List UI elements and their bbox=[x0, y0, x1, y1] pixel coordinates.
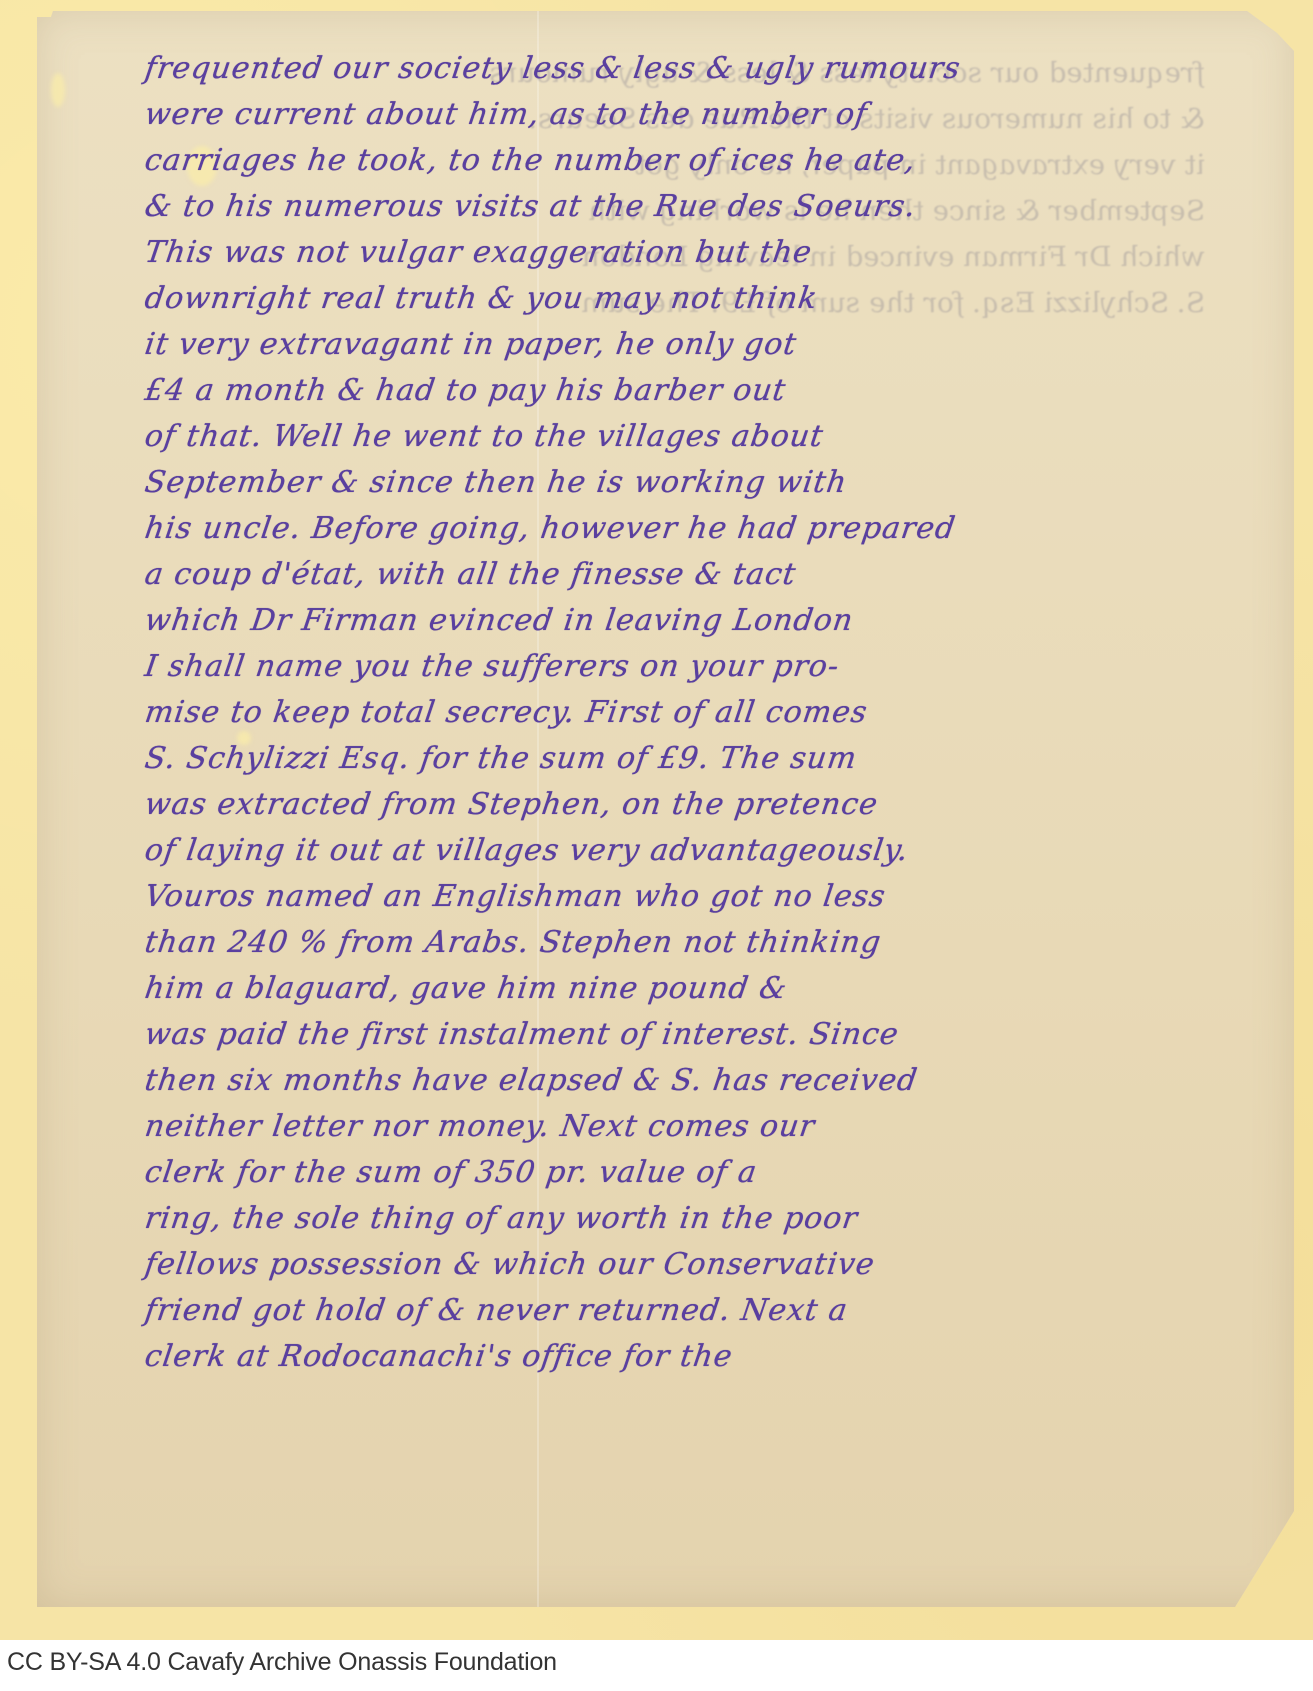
paper-stain bbox=[51, 73, 65, 107]
text-line: it very extravagant in paper, he only go… bbox=[142, 322, 1208, 368]
text-line: This was not vulgar exaggeration but the bbox=[142, 230, 1208, 276]
handwritten-text: frequented our society less & less & ugl… bbox=[145, 46, 1205, 1380]
text-line: him a blaguard, gave him nine pound & bbox=[142, 966, 1208, 1012]
text-line: neither letter nor money. Next comes our bbox=[142, 1104, 1208, 1150]
scan-background: frequented our society less & less & ugl… bbox=[0, 0, 1313, 1640]
license-credit: CC BY-SA 4.0 Cavafy Archive Onassis Foun… bbox=[7, 1648, 557, 1677]
text-line: ring, the sole thing of any worth in the… bbox=[142, 1196, 1208, 1242]
text-line: & to his numerous visits at the Rue des … bbox=[142, 184, 1208, 230]
text-line: September & since then he is working wit… bbox=[142, 460, 1208, 506]
text-line: his uncle. Before going, however he had … bbox=[142, 506, 1208, 552]
text-line: which Dr Firman evinced in leaving Londo… bbox=[142, 598, 1208, 644]
text-line: was extracted from Stephen, on the prete… bbox=[142, 782, 1208, 828]
text-line: of laying it out at villages very advant… bbox=[142, 828, 1208, 874]
text-line: of that. Well he went to the villages ab… bbox=[142, 414, 1208, 460]
text-line: £4 a month & had to pay his barber out bbox=[142, 368, 1208, 414]
text-line: Vouros named an Englishman who got no le… bbox=[142, 874, 1208, 920]
text-line: friend got hold of & never returned. Nex… bbox=[142, 1288, 1208, 1334]
text-line: a coup d'état, with all the finesse & ta… bbox=[142, 552, 1208, 598]
text-line: fellows possession & which our Conservat… bbox=[142, 1242, 1208, 1288]
text-line: I shall name you the sufferers on your p… bbox=[142, 644, 1208, 690]
text-line: then six months have elapsed & S. has re… bbox=[142, 1058, 1208, 1104]
text-line: was paid the first instalment of interes… bbox=[142, 1012, 1208, 1058]
text-line: clerk at Rodocanachi's office for the bbox=[142, 1334, 1208, 1380]
text-line: clerk for the sum of 350 pr. value of a bbox=[142, 1150, 1208, 1196]
text-line: downright real truth & you may not think bbox=[142, 276, 1208, 322]
text-line: mise to keep total secrecy. First of all… bbox=[142, 690, 1208, 736]
text-line: carriages he took, to the number of ices… bbox=[142, 138, 1208, 184]
text-line: S. Schylizzi Esq. for the sum of £9. The… bbox=[142, 736, 1208, 782]
text-line: were current about him, as to the number… bbox=[142, 92, 1208, 138]
text-line: frequented our society less & less & ugl… bbox=[142, 46, 1208, 92]
text-line: than 240 % from Arabs. Stephen not think… bbox=[142, 920, 1208, 966]
